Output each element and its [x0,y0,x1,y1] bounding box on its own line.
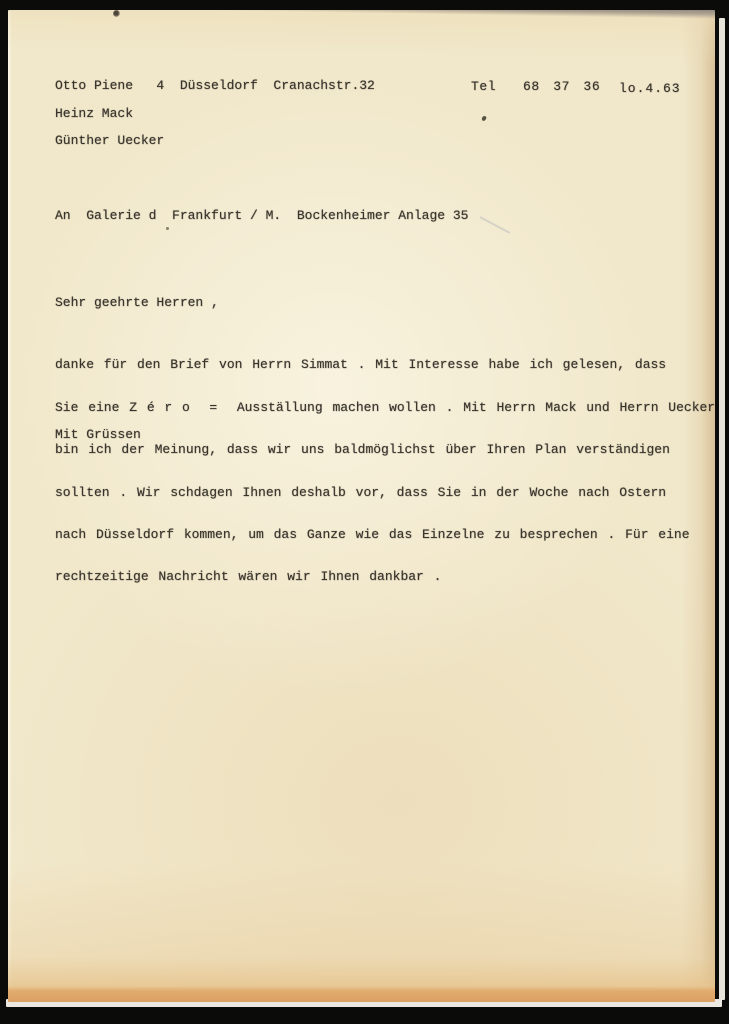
sender-name-2: Heinz Mack [55,107,133,121]
sender-name-3: Günther Uecker [55,134,164,148]
closing-salutation: Mit Grüssen [55,428,141,442]
ink-speck [481,115,487,121]
body-line: sollten . Wir schdagen Ihnen deshalb vor… [55,486,715,500]
faint-scratch-mark [480,216,511,233]
body-line: Sie eine Z é r o = Ausställung machen wo… [55,401,715,415]
body-line: rechtzeitige Nachricht wären wir Ihnen d… [55,570,715,584]
pinhole [113,10,120,17]
letter-date: lo.4.63 [619,82,681,96]
sender-telephone: Tel 68 37 36 [471,80,600,94]
scanned-letter-photo: { "colors": { "background": "#0b0b0a", "… [0,0,729,1024]
letter-paper: Otto Piene 4 Düsseldorf Cranachstr.32 Te… [8,10,715,1002]
body-line: bin ich der Meinung, dass wir uns baldmö… [55,443,715,457]
salutation: Sehr geehrte Herren , [55,296,219,310]
letter-body: danke für den Brief von Herrn Simmat . M… [55,330,715,613]
backing-sheet-right-edge [719,18,725,1000]
body-line: danke für den Brief von Herrn Simmat . M… [55,358,715,372]
recipient-line: An Galerie d Frankfurt / M. Bockenheimer… [55,209,468,223]
ink-dot [166,227,169,230]
sender-name-address: Otto Piene 4 Düsseldorf Cranachstr.32 [55,79,375,93]
body-line: nach Düsseldorf kommen, um das Ganze wie… [55,528,715,542]
